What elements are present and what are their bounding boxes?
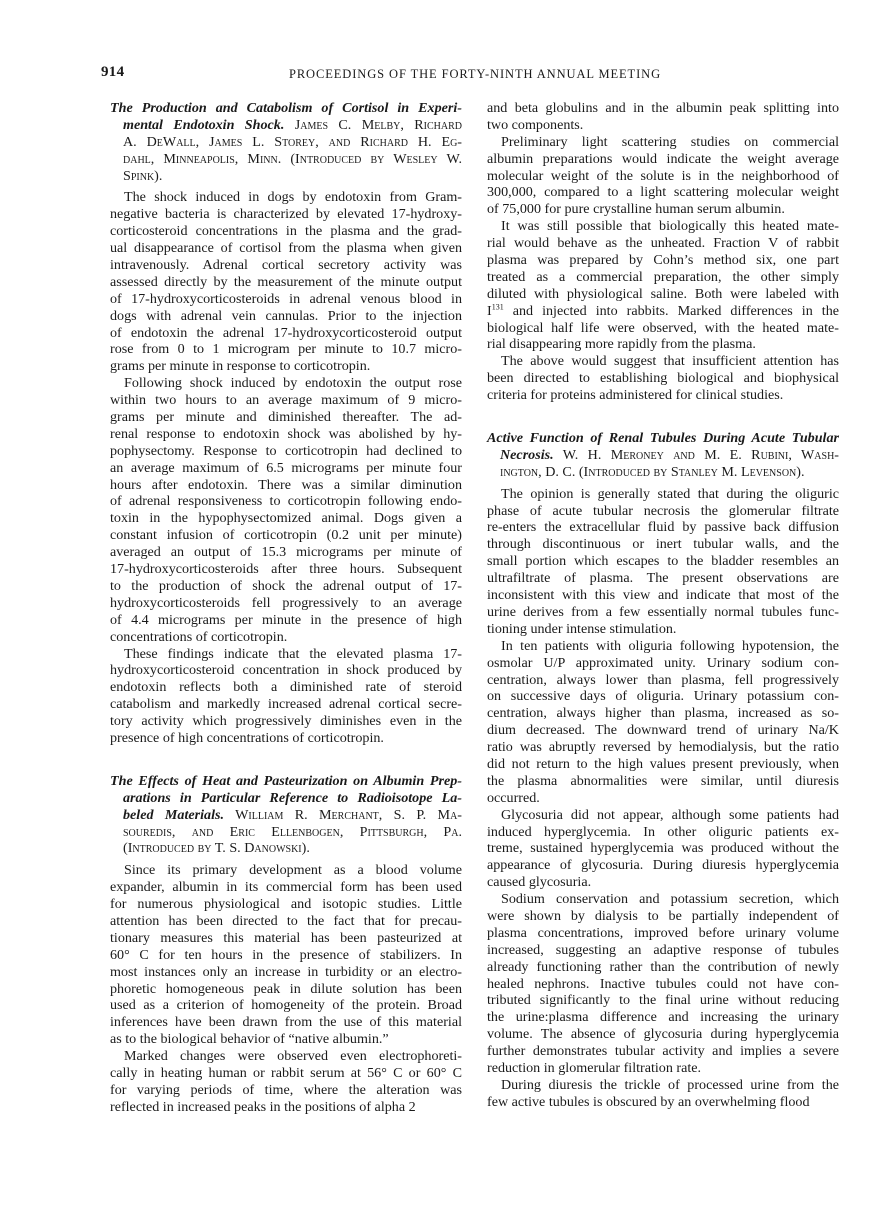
text-line: of 4.4 micrograms per minute in the pres… — [110, 612, 462, 629]
article-title-block: The Production and Catabolism of Cortiso… — [110, 100, 462, 184]
title-line: (Introduced by T. S. Danowski). — [110, 840, 462, 857]
text-line: Following shock induced by endotoxin the… — [110, 375, 462, 392]
text-line: as to the biological behavior of “native… — [110, 1031, 462, 1048]
text-line: used as a criterion of homogeneity of th… — [110, 997, 462, 1014]
text-line: renal response to endotoxin shock was ab… — [110, 426, 462, 443]
text-line: within two hours to an average maximum o… — [110, 392, 462, 409]
section-gap — [110, 747, 462, 773]
text-line: 17-hydroxycorticosteroids after three ho… — [110, 561, 462, 578]
paragraph: The above would suggest that insufficien… — [487, 353, 839, 404]
text-line: two components. — [487, 117, 839, 134]
article-title: The Effects of Heat and Pasteurization o… — [110, 773, 462, 789]
right-column: and beta globulins and in the albumin pe… — [487, 100, 839, 1111]
article-authors: ington, D. C. (Introduced by Stanley M. … — [500, 464, 804, 480]
text-line: of 17-hydroxycorticosteroids in adrenal … — [110, 291, 462, 308]
text-line: corticosteroid concentrations in the pla… — [110, 223, 462, 240]
text-line: centration, always higher than plasma, i… — [487, 705, 839, 722]
text-line: rial disappearing more rapidly from the … — [487, 336, 839, 353]
paragraph: During diuresis the trickle of processed… — [487, 1077, 839, 1111]
text-line: on successive days of oliguria. Urinary … — [487, 688, 839, 705]
article-authors: Spink). — [123, 168, 162, 184]
text-line: were shown by dialysis to be partially i… — [487, 908, 839, 925]
text-line: concentrations of corticotropin. — [110, 629, 462, 646]
text-line: tionary measures this material has been … — [110, 930, 462, 947]
title-line: Active Function of Renal Tubules During … — [487, 430, 839, 447]
text-line: plasma was prepared by Cohn’s method six… — [487, 252, 839, 269]
text-line: re-enters the extracellular fluid by pas… — [487, 519, 839, 536]
isotope-superscript: 131 — [492, 302, 504, 311]
text-line: expander, albumin in its commercial form… — [110, 879, 462, 896]
text-line: the plasma abnormalities were similar, u… — [487, 773, 839, 790]
article-authors: souredis, and Eric Ellenbogen, Pittsburg… — [123, 824, 462, 840]
text-line: constant infusion of corticotropin (0.2 … — [110, 527, 462, 544]
article-title: arations in Particular Reference to Radi… — [123, 790, 462, 806]
title-line: beled Materials. William R. Merchant, S.… — [110, 807, 462, 824]
article-authors: dahl, Minneapolis, Minn. (Introduced by … — [123, 151, 462, 167]
paragraph: Since its primary development as a blood… — [110, 862, 462, 1048]
paragraph: Sodium conservation and potassium secret… — [487, 891, 839, 1077]
paragraph: The shock induced in dogs by endotoxin f… — [110, 189, 462, 375]
article-title-block: The Effects of Heat and Pasteurization o… — [110, 773, 462, 857]
text-line: grams per minute and diminished thereaft… — [110, 409, 462, 426]
text-line: pophysectomy. Response to corticotropin … — [110, 443, 462, 460]
running-header: PROCEEDINGS OF THE FORTY-NINTH ANNUAL ME… — [0, 67, 890, 82]
title-line: Necrosis. W. H. Meroney and M. E. Rubini… — [487, 447, 839, 464]
text-line: inferences have been drawn from the use … — [110, 1014, 462, 1031]
text-line: tioning under intense stimulation. — [487, 621, 839, 638]
text-line: inconsistent with this view and indicate… — [487, 587, 839, 604]
section-gap — [487, 404, 839, 430]
article-authors: A. DeWall, James L. Storey, and Richard … — [123, 134, 462, 150]
text-line: treme, sustained hyperglycemia was produ… — [487, 840, 839, 857]
article-title: The Production and Catabolism of Cortiso… — [110, 100, 462, 116]
text-line: the urine:plasma difference and increasi… — [487, 1009, 839, 1026]
text-line: I131 and injected into rabbits. Marked d… — [487, 303, 839, 320]
article-title: mental Endotoxin Shock. — [123, 117, 284, 133]
text-line: caused glycosuria. — [487, 874, 839, 891]
text-line: 60° C for ten hours in the presence of s… — [110, 947, 462, 964]
text-line: of adrenal responsiveness to corticotrop… — [110, 493, 462, 510]
text-line: for varying periods of time, where the a… — [110, 1082, 462, 1099]
text-line: small portion which escapes to the bladd… — [487, 553, 839, 570]
text-line: did not return to the high values presen… — [487, 756, 839, 773]
text-line: ual disappearance of cortisol from the p… — [110, 240, 462, 257]
text-line: criteria for proteins administered for c… — [487, 387, 839, 404]
text-line: occurred. — [487, 790, 839, 807]
text-line: endotoxin reflects both a diminished rat… — [110, 679, 462, 696]
title-line: mental Endotoxin Shock. James C. Melby, … — [110, 117, 462, 134]
text-line: diluted with physiological saline. Both … — [487, 286, 839, 303]
text-line: biological half life were observed, with… — [487, 320, 839, 337]
text-line: urine derives from a few essentially nor… — [487, 604, 839, 621]
text-line: In ten patients with oliguria following … — [487, 638, 839, 655]
text-line: ratio was abruptly reversed by hemodialy… — [487, 739, 839, 756]
text-line: increased, suggesting an adaptive respon… — [487, 942, 839, 959]
article-authors: William R. Merchant, S. P. Ma- — [224, 807, 462, 823]
text-line: of 75,000 for pure crystalline human ser… — [487, 201, 839, 218]
paragraph: In ten patients with oliguria following … — [487, 638, 839, 807]
article-title: Active Function of Renal Tubules During … — [487, 430, 839, 446]
text-line: Glycosuria did not appear, although some… — [487, 807, 839, 824]
text-line: induced hyperglycemia. In other oliguric… — [487, 824, 839, 841]
title-line: souredis, and Eric Ellenbogen, Pittsburg… — [110, 824, 462, 841]
left-column: The Production and Catabolism of Cortiso… — [110, 100, 462, 1116]
text-line: It was still possible that biologically … — [487, 218, 839, 235]
text-line: negative bacteria is characterized by el… — [110, 206, 462, 223]
text-line: toxin in the hypophysectomized animal. D… — [110, 510, 462, 527]
text-line: rose from 0 to 1 microgram per minute to… — [110, 341, 462, 358]
text-line: osmolar U/P approximated unity. Urinary … — [487, 655, 839, 672]
paragraph: Following shock induced by endotoxin the… — [110, 375, 462, 645]
text-line: tory activity which progressively dimini… — [110, 713, 462, 730]
text-line: tributed significantly to the final urin… — [487, 992, 839, 1009]
text-line: hydroxycorticosteroids fell progressivel… — [110, 595, 462, 612]
text-line: centration, always lower than plasma, fe… — [487, 672, 839, 689]
paragraph: Marked changes were observed even electr… — [110, 1048, 462, 1116]
text-line: 300,000, compared to a light scattering … — [487, 184, 839, 201]
text-line: The above would suggest that insufficien… — [487, 353, 839, 370]
article-title: Necrosis. — [500, 447, 554, 463]
text-line: further demonstrates tubular activity an… — [487, 1043, 839, 1060]
text-line: for numerous physiological and isotopic … — [110, 896, 462, 913]
text-line: intravenously. Adrenal cortical secretor… — [110, 257, 462, 274]
text-line: healed nephrons. Inactive tubules could … — [487, 976, 839, 993]
paragraph: Glycosuria did not appear, although some… — [487, 807, 839, 891]
title-line: The Effects of Heat and Pasteurization o… — [110, 773, 462, 790]
article-authors: W. H. Meroney and M. E. Rubini, Wash- — [554, 447, 839, 463]
paragraph: Preliminary light scattering studies on … — [487, 134, 839, 218]
text-line: hours after endotoxin. There was a simil… — [110, 477, 462, 494]
article-authors: James C. Melby, Richard — [284, 117, 462, 133]
text-line: appearance of glycosuria. During diuresi… — [487, 857, 839, 874]
text-line: Marked changes were observed even electr… — [110, 1048, 462, 1065]
text-line: averaged an output of 15.3 micrograms pe… — [110, 544, 462, 561]
text-line: through discontinuous or inert tubular w… — [487, 536, 839, 553]
text-line: dium decreased. The downward trend of ur… — [487, 722, 839, 739]
text-line: The opinion is generally stated that dur… — [487, 486, 839, 503]
text-line: reflected in increased peaks in the posi… — [110, 1099, 462, 1116]
article-title-block: Active Function of Renal Tubules During … — [487, 430, 839, 481]
text-line: molecular weight of the solute is in the… — [487, 168, 839, 185]
text-line: hydroxycorticosteroid concentration in s… — [110, 662, 462, 679]
title-line: Spink). — [110, 168, 462, 185]
text-line: cally in heating human or rabbit serum a… — [110, 1065, 462, 1082]
article-authors: (Introduced by T. S. Danowski). — [123, 840, 310, 856]
text-line: treated as a commercial preparation, the… — [487, 269, 839, 286]
text-line: presence of high concentrations of corti… — [110, 730, 462, 747]
article-title: beled Materials. — [123, 807, 224, 823]
title-line: A. DeWall, James L. Storey, and Richard … — [110, 134, 462, 151]
text-line: phoretic homogeneous peak in dilute solu… — [110, 981, 462, 998]
text-line: attention has been directed to the fact … — [110, 913, 462, 930]
text-line: reduction in glomerular filtration rate. — [487, 1060, 839, 1077]
text-line: ultrafiltrate of plasma. The present obs… — [487, 570, 839, 587]
text-line: phase of acute tubular necrosis the glom… — [487, 503, 839, 520]
text-line: most instances only an increase in turbi… — [110, 964, 462, 981]
title-line: dahl, Minneapolis, Minn. (Introduced by … — [110, 151, 462, 168]
paragraph: and beta globulins and in the albumin pe… — [487, 100, 839, 134]
text-line: assessed directly by the measurement of … — [110, 274, 462, 291]
text-line: volume. The absence of glycosuria during… — [487, 1026, 839, 1043]
title-line: ington, D. C. (Introduced by Stanley M. … — [487, 464, 839, 481]
text-line: been directed to establishing biological… — [487, 370, 839, 387]
text-line: During diuresis the trickle of processed… — [487, 1077, 839, 1094]
text-line: few active tubules is obscured by an ove… — [487, 1094, 839, 1111]
text-line: of endotoxin the adrenal 17-hydroxycorti… — [110, 325, 462, 342]
text-line: rial would behave as the unheated. Fract… — [487, 235, 839, 252]
paragraph: It was still possible that biologically … — [487, 218, 839, 353]
text-line: and beta globulins and in the albumin pe… — [487, 100, 839, 117]
title-line: arations in Particular Reference to Radi… — [110, 790, 462, 807]
text-line: albumin preparations would indicate the … — [487, 151, 839, 168]
text-line: catabolism and markedly increased adrena… — [110, 696, 462, 713]
paragraph: The opinion is generally stated that dur… — [487, 486, 839, 638]
text-line: plasma concentrations, improved before u… — [487, 925, 839, 942]
text-line: Preliminary light scattering studies on … — [487, 134, 839, 151]
text-line: already functioning rather than the cont… — [487, 959, 839, 976]
paragraph: These findings indicate that the elevate… — [110, 646, 462, 747]
text-line: to the production of shock the adrenal o… — [110, 578, 462, 595]
title-line: The Production and Catabolism of Cortiso… — [110, 100, 462, 117]
text-line: These findings indicate that the elevate… — [110, 646, 462, 663]
text-line: dogs with adrenal vein cannulas. Prior t… — [110, 308, 462, 325]
text-line: Sodium conservation and potassium secret… — [487, 891, 839, 908]
text-line: grams per minute in response to corticot… — [110, 358, 462, 375]
text-line: an average maximum of 6.5 micrograms per… — [110, 460, 462, 477]
text-line: The shock induced in dogs by endotoxin f… — [110, 189, 462, 206]
text-line: Since its primary development as a blood… — [110, 862, 462, 879]
